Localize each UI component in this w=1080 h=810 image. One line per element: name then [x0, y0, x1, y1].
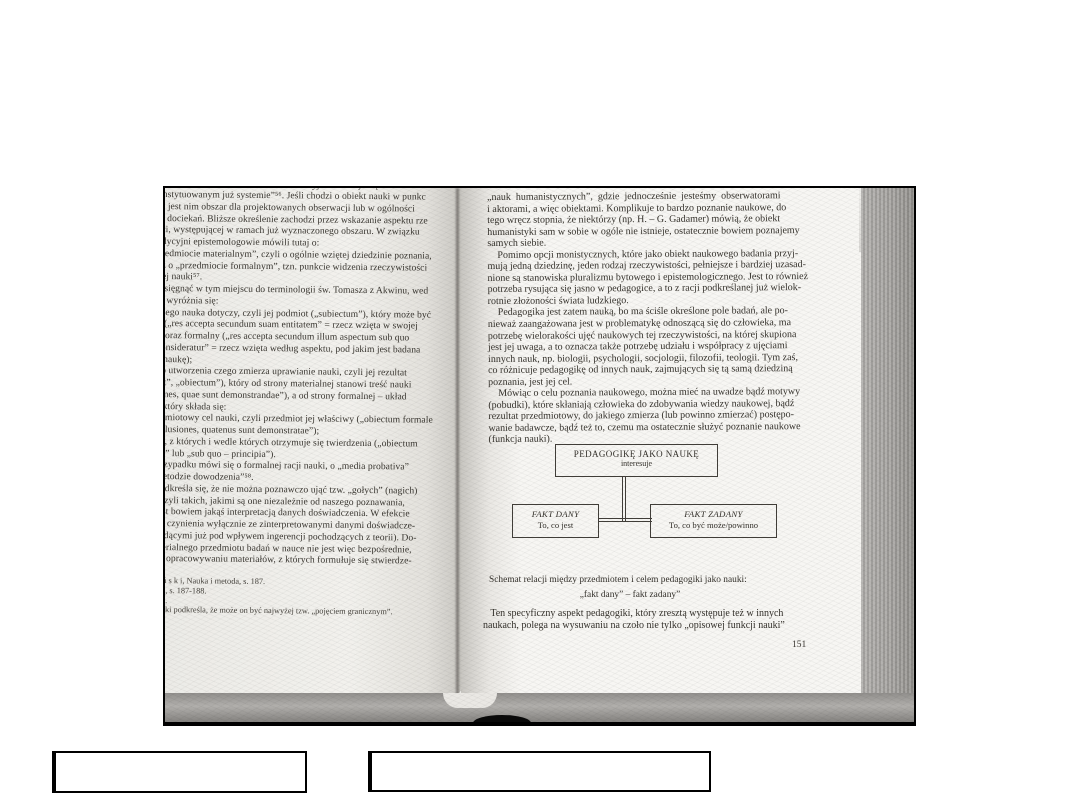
diagram-box-title: FAKT ZADANY	[651, 509, 776, 519]
annotation-box-1[interactable]	[52, 751, 307, 793]
diagram-box-pedagogika: PEDAGOGIKĘ JAKO NAUKĘ interesuje	[555, 444, 718, 477]
diagram-caption-line1: Schemat relacji między przedmiotem i cel…	[489, 574, 771, 586]
diagram-box-fakt-dany: FAKT DANY To, co jest	[512, 504, 599, 538]
book-clip-shadow	[473, 715, 531, 726]
right-page-body-text: „nauk humanistycznych”, gdzie jednocześn…	[487, 190, 863, 446]
text-line: naukach, polega na wysuwaniu na czoło ni…	[483, 620, 861, 632]
diagram-box-title: PEDAGOGIKĘ JAKO NAUKĘ	[556, 449, 717, 459]
book-scan: wyjścia rozwija się od obiektu onstytuow…	[163, 186, 916, 726]
annotation-box-2[interactable]	[368, 751, 711, 792]
book-bottom-edge	[165, 693, 914, 722]
diagram-box-subtitle: To, co być może/powinno	[651, 520, 776, 530]
diagram-box-subtitle: To, co jest	[513, 520, 598, 530]
page-number: 151	[792, 640, 806, 650]
left-page-footnotes: i ń s k i, Nauka i metoda, s. 187.że, s.…	[163, 576, 458, 618]
diagram-connector-horizontal	[598, 518, 652, 522]
diagram-caption: Schemat relacji między przedmiotem i cel…	[489, 574, 771, 601]
right-page-closing-text: Ten specyficzny aspekt pedagogiki, który…	[483, 608, 861, 632]
left-page-body-text: onstytuowanym już systemie”⁵⁶. Jeśli cho…	[163, 189, 462, 568]
diagram-box-title: FAKT DANY	[513, 509, 598, 519]
diagram-caption-line2: „fakt dany” – fakt zadany”	[489, 589, 771, 601]
diagram-box-subtitle: interesuje	[556, 459, 717, 468]
diagram-box-fakt-zadany: FAKT ZADANY To, co być może/powinno	[650, 504, 777, 538]
spine-bottom-curve	[443, 693, 497, 708]
book-fore-edge	[861, 188, 914, 722]
text-line: Ten specyficzny aspekt pedagogiki, który…	[483, 608, 861, 620]
diagram-connector-vertical	[622, 477, 626, 522]
